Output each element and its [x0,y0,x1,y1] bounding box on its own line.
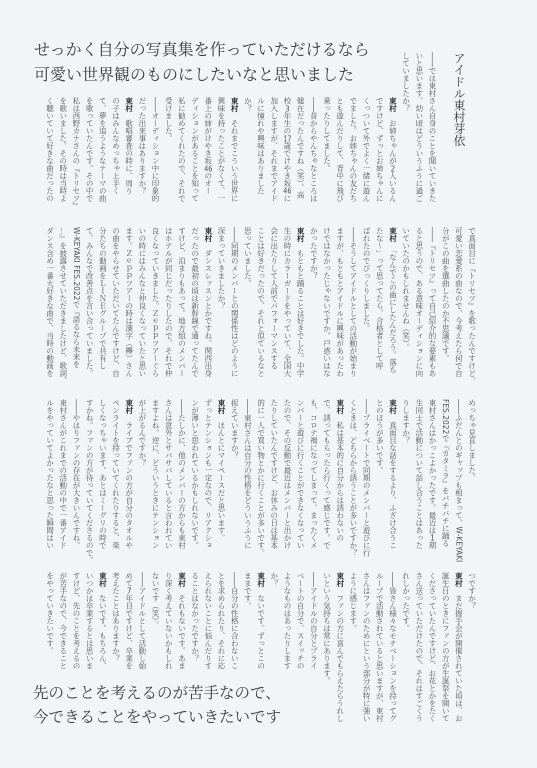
body-text: 分がこの曲を選曲したのか不思議です。 [441,227,450,362]
body-text: いという気持ちは常にあります。 [323,572,332,685]
body-text: り深く考えていないかもしれ [164,572,173,670]
text-column: 東村 ダンスレッスンとかですね。関西出身 [202,227,215,379]
text-column: たりしていたんですけど、お休みの日は基本 [268,399,281,551]
text-column: くときは、どちらから誘うことが多いですか？ [347,399,360,551]
text-column: く聴いていて好きな曲だったの [43,97,56,204]
body-text: 健在だったんですね（笑）。高 [296,97,305,198]
text-column: 興味を持ったことがなくて、一 [215,97,228,204]
article-band-1-body: 東村 お姉ちゃんが2人いるんですけど、ずっとお姉ちゃんにくっついて外でよく一緒に… [43,97,399,204]
question-text: ――では東村さん自身のことを聞いていきた [428,52,437,202]
body-text: で真面目に『トリセツ』を歌ったんですけど、 [468,227,477,385]
text-column: ように感じます。 [347,572,360,724]
body-text: ます。Ｚｅｐｐツアーの時は漢字（欅）さん [125,227,134,377]
question-text: ――同期のメンバーとの関係性はどのように [230,227,239,377]
body-text: の曲をやらせていただいてたんですけど、自 [112,227,121,377]
text-column: ますが、もともとアイドルに興味があったわ [334,227,347,379]
text-column: ――『トリセツ』って自己紹介的な要素もあ [426,227,439,379]
magazine-page: せっかく自分の写真集を作っていただけるなら 可愛い世界観のものにしたいなと思いま… [0,0,537,768]
body-text: すけど、先のことを考えるの [72,572,81,670]
body-text: 乗ったりしてました。 [322,97,331,172]
text-column: 乗ったりしてました。 [320,97,333,204]
text-column: も、コロナ禍になってしまって、まったくメ [307,399,320,551]
body-text: ベートの自分で、スイッチの [296,572,305,670]
body-text: く聴いていて好きな曲だったの [46,97,55,202]
text-column: 東村さんはかっこよかったです。最近は1期 [426,399,439,551]
body-text: ペンライトを持っていてくれたりすると、楽 [112,399,121,549]
text-column: ――プライベートで同期のメンバーと遊びに行 [360,399,373,551]
text-column: くっついて外でよく一緒に遊ん [360,97,373,204]
body-text: を歌いました。その時は当時よ [59,97,68,202]
speaker-label: 東村 [230,97,239,112]
text-column: していましたか？ [399,52,412,204]
body-text: ダンス含め一番大好きな曲で、当時の動画を [46,227,55,377]
body-text: 生同士で活動について話し合うことはあった [415,399,424,549]
body-text: が上がるんですか？ [138,399,147,467]
answer-text: お姉ちゃんが2人いるん [388,120,397,203]
text-column: 東村 まだ握手会が開催されていた頃は、お [452,572,465,724]
section-heading: アイドル東村芽依 [451,52,467,146]
text-column: ですけど、ずっとお姉ちゃんに [373,97,386,204]
body-text: ますが、もともとアイドルに興味があったわ [336,227,345,377]
text-column: さんは意外とサバサバしていると言われてい [162,399,175,551]
text-column: つですか？ [465,572,478,724]
text-column: ばれたのでびっくりしました。 [360,227,373,379]
body-text: 考えたことはありますか？ [112,572,121,662]
text-column: ンバーと遊びに行くことができなくなってい [294,399,307,551]
text-column: たので、その反動で最近はメンバーと出かけ [281,399,294,551]
body-text: 深まっていきましたか？ [217,227,226,310]
text-column: すかね。ファンの方が待っていてくださるので。 [83,399,96,551]
body-text: ですけど、ずっとお姉ちゃんに [375,97,384,202]
text-column: を歌っていたんです。その中で [83,97,96,204]
text-column: の子はみんなめっちゃ上手く [109,97,122,204]
speaker-label: 東村 [336,572,345,587]
body-text: たな～」って思ってたら、合格者として呼 [375,227,384,370]
body-text: ないです（笑）。 [151,572,160,628]
question-text: ――アイドルの自分とプライ [309,572,318,670]
text-column: りしますか？ [399,399,412,551]
text-column: ――皆さん様々なモチベーションを持ってグ [386,572,399,724]
body-text: くときは、どちらから誘うことが多いですか？ [349,399,358,557]
body-text: ンが薄いと思われているかもしれないです。 [191,399,200,549]
body-text: ループで活動されていると思いますが、東村 [375,572,384,722]
body-text: ままです。 [243,572,252,610]
text-column: 可愛い恋愛系の曲なので、今考えたら何で自 [452,227,465,379]
question-text: ――東村さんは自分の性格をどういうふうに [243,399,252,549]
text-column: 東村 私は基本的に自分からは誘わないの [334,399,347,551]
body-text: とも遊んだりして、背中に飛び [336,97,345,202]
answer-text: それもないです。あま [177,595,186,670]
text-column: ――アイドルの自分とプライ [307,572,320,724]
text-column: 東村 お姉ちゃんが2人いるん [386,97,399,204]
body-text: たりしていたんですけど、お休みの日は基本 [270,399,279,549]
body-text: が苦手なので、今できること [59,572,68,670]
speaker-label: 東村 [336,399,345,414]
pull-quote-line-1: 先のことを考えるのが苦手なので、 [33,681,281,705]
question-text: ――たしかに、他のメンバーの方からも東村 [177,399,186,549]
headline-line-2: 可愛い世界観のものにしたいなと思いました [34,62,370,87]
text-column: いの時にはみんなと仲良くなっていたと思い [136,227,149,379]
body-text: くださっていたんですけど、お花とかをたく [428,572,437,722]
text-column: ――東村さんは自分の性格をどういうふうに [241,399,254,551]
body-text: 番上の姉がけやき坂46のオー [204,97,213,195]
body-text: の子はみんなめっちゃ上手く [111,97,120,195]
body-text: 思っていました。 [243,227,252,287]
body-text: はホテルが同じだったりしたので、それで仲 [164,227,173,377]
text-column: ディションがあることを知って [188,97,201,204]
text-column: ダンス含め一番大好きな曲で、当時の動画を [43,227,56,379]
body-text: 校3年生の17歳でけやき坂46に [283,97,292,202]
text-column: ――そうしてアイドルとしての活動が始まり [347,227,360,379]
text-column: 東村 もともと踊ることは好きでした。中学 [294,227,307,379]
text-column: …』を披露させていただきましたけど、歌詞、 [57,227,70,379]
text-column: で、誘ってもらったら行くって感じです。で [320,399,333,551]
text-column: W-KEYAKI FES.2022で『語るなら未来を [70,227,83,379]
answer-text: ないです。もちろん、 [98,595,107,670]
pull-quote-line-2: 今できることをやっていきたいです [33,705,281,729]
article-band-1-lead: ――では東村さん自身のことを聞いていきたいと思います。幼い頃はどういうふうに過ご… [399,52,439,204]
text-column: とのほうが多いです。 [373,399,386,551]
answer-text: ファンの方に喜んでもらえたらうれし [336,595,345,723]
speaker-label: 東村 [388,399,397,414]
text-column: ことは好きだったので、それと似ているなと [254,227,267,379]
body-text: ように感じます。 [349,572,358,632]
speaker-label: 東村 [98,572,107,587]
body-text: ことは好きだったので、それと似ているなと [257,227,266,377]
body-text: だった出来事はありますか？ [138,97,147,195]
question-text: ――『トリセツ』って自己紹介的な要素もあ [428,227,437,377]
article-band-3: めっちゃ見直しました。――ふだんとのギャップも相まって、W-KEYAKIFES.… [43,399,479,551]
body-text: 受けました。 [164,97,173,142]
body-text: ずっとテンションも一定なので、リアクショ [204,399,213,549]
headline: せっかく自分の写真集を作っていただけるなら 可愛い世界観のものにしたいなと思いま… [34,37,370,87]
text-column: 捉えていますか？ [228,399,241,551]
text-column: 東村 真面目な話をするより、ふざけ合うこ [386,399,399,551]
body-text: めて7年目ですけど、卒業を [125,572,134,670]
body-text: りしますか？ [402,399,411,444]
text-column: れしかったです。 [399,572,412,724]
speaker-label: 東村 [388,97,397,112]
body-text: いと思います。幼い頃はどういうふうに過ご [415,52,424,202]
speaker-label: 東村 [217,399,226,414]
body-text: ンバーと遊びに行くことができなくなってい [296,399,305,549]
body-text: FES.2022で『カタミラ』をバチバチに踊る [441,399,450,547]
body-text: しくなっちゃいます。あとはミーグリの時で [98,399,107,549]
text-column: ――たしかに、他のメンバーの方からも東村 [175,399,188,551]
body-text: めっちゃ見直しました。 [468,399,477,482]
text-column: くださっていたんですけど、お花とかをたく [426,572,439,724]
body-text: 会に出たりして人前でパフォーマンスする [270,227,279,370]
body-text: 東村さんがこれまでの活動の中で一番アイド [59,399,68,549]
text-column: しくなっちゃいます。あとはミーグリの時で [96,399,109,551]
body-text: ディションがあることを知って [191,97,200,202]
text-column: ると思うので、ある意味オーディションに向 [413,227,426,379]
speaker-label: 東村 [204,227,213,242]
body-text: さんは意外とサバサバしていると言われてい [164,399,173,549]
body-text: けではなかったじゃないですか。戸惑いはな [323,227,332,377]
text-column: はホテルが同じだったりしたので、それで仲 [162,227,175,379]
text-column: ――ふだんとのギャップも相まって、W-KEYAKI [452,399,465,551]
body-text: て、夢を追うようなテーマの曲 [98,97,107,202]
text-column: とも遊んだりして、背中に飛び [333,97,346,204]
question-text: ――プライベートで同期のメンバーと遊びに行 [362,399,371,557]
text-column: ――では東村さん自身のことを聞いていきた [426,52,439,204]
text-column: 的に一人で買い物とかに行くことが多いです。 [254,399,267,551]
text-column: 思っていました。 [241,227,254,379]
text-column: 東村 ライブでファンの方が自分のタオルや [123,399,136,551]
body-text: 可愛い恋愛系の曲なので、今考えたら何で自 [454,227,463,377]
body-text: とのほうが多いです。 [375,399,384,474]
body-text: をやっていきたいです。 [46,572,55,655]
body-text: ると思うので、ある意味オーディションに向 [415,227,424,377]
question-text: ――アイドルとして活動し始 [138,572,147,670]
body-text: とを求められたり、それに応 [217,572,226,670]
body-text: いの時にはみんなと仲良くなっていたと思い [138,227,147,377]
body-text: ばれたのでびっくりしました。 [362,227,371,332]
text-column: 東村 それまでこういう世界に [228,97,241,204]
body-text: 興味を持ったことがなくて、一 [217,97,226,202]
body-text: だったので最初の頃は新幹線で通ってたんで [191,227,200,377]
body-text: ますよね。逆に、どういうときにテンション [151,399,160,549]
question-text: ――やはりファンの存在が大きいんですね。 [72,399,81,549]
body-text: たので、その反動で最近はメンバーと出かけ [283,399,292,549]
body-text: ルをやっていてよかったなと思った瞬間はい [46,399,55,549]
text-column: いと思います。幼い頃はどういうふうに過ご [413,52,426,204]
body-text: さん送っていただけたので、それはすごくう [415,572,424,722]
text-column: ンが薄いと思われているかもしれないです。 [188,399,201,551]
text-column: 東村 歌唱審査の時に、周り [122,97,135,204]
body-text: ルに憧れや興味はありました [257,97,266,195]
text-column: けではなかったじゃないですか。戸惑いはな [320,227,333,379]
text-column: 生の時にカラーガードをやっていて、全国大 [281,227,294,379]
text-column: 受けました。 [162,97,175,204]
body-text: か？ [270,572,279,587]
text-column: だった出来事はありますか？ [136,97,149,204]
pull-quote: 先のことを考えるのが苦手なので、 今できることをやっていきたいです [33,681,281,729]
body-text: 私は西野カナさんの『トリセツ』 [72,97,81,210]
text-column: 校3年生の17歳でけやき坂46に [281,97,294,204]
text-column: 良くなっていきました。Ｚｅｐｐツアーぐら [149,227,162,379]
answer-text: まだ握手会が開催されていた頃は、お [454,595,463,723]
body-text: も、コロナ禍になってしまって、まったくメ [309,399,318,549]
text-column: 分たちの動画をＬＩＮＥグループで共有し [96,227,109,379]
question-text: ――皆さん様々なモチベーションを持ってグ [388,572,397,722]
text-column: か？ [241,97,254,204]
question-text: ――そうしてアイドルとしての活動が始まり [349,227,358,377]
text-column: 東村 ほんとにマイペースだと思います。 [215,399,228,551]
text-column: 番上の姉がけやき坂46のオー [202,97,215,204]
text-column: 会に出たりして人前でパフォーマンスする [268,227,281,379]
text-column: かったですか？ [307,227,320,379]
text-column: 生同士で活動について話し合うことはあった [413,399,426,551]
body-text: 誕生日のときにファンの方が生誕祭を開いて [441,572,450,722]
text-column: ルに憧れや興味はありました [254,97,267,204]
body-text: 良くなっていきました。Ｚｅｐｐツアーぐら [151,227,160,377]
text-column: FES.2022で『カタミラ』をバチバチに踊る [439,399,452,551]
text-column: ループで活動されていると思いますが、東村 [373,572,386,724]
question-text: ――自分の性格に合わないこ [230,572,239,670]
body-text: 捉えていますか？ [230,399,239,459]
text-column: ようなものはあったりします [281,572,294,724]
text-column: て、みんなで改善点を言い合っていました。 [83,227,96,379]
answer-text: 真面目な話をするより、ふざけ合うこ [388,422,397,550]
body-text: 分たちの動画をＬＩＮＥグループで共有し [98,227,107,370]
answer-text: ほんとにマイペースだと思います。 [217,422,226,542]
text-column: ルをやっていてよかったなと思った瞬間はい [43,399,56,551]
text-column: いていたのかもしれませんね（笑）。 [399,227,412,379]
body-text: すかね。ファンの方が待っていてくださるので。 [85,399,94,564]
body-text: 生の時にカラーガードをやっていて、全国大 [283,227,292,377]
speaker-label: 東村 [257,572,266,587]
answer-text: ライブでファンの方が自分のタオルや [125,422,134,550]
body-text: W-KEYAKI FES.2022で『語るなら未来を [72,227,81,368]
body-text: 加入しますが、それまでアイド [270,97,279,202]
text-column: 東村 ファンの方に喜んでもらえたらうれし [334,572,347,724]
body-text: て、みんなで改善点を言い合っていました。 [85,227,94,377]
text-column: ます。Ｚｅｐｐツアーの時は漢字（欅）さん [123,227,136,379]
text-column: ――昔からやんちゃなところは [307,97,320,204]
body-text: か？ [243,97,252,112]
text-column: ――オーディション中に印象的 [149,97,162,204]
speaker-label: 東村 [177,572,186,587]
question-text: ――ふだんとのギャップも相まって、W-KEYAKI [454,399,463,562]
question-text: ――オーディション中に印象的 [151,97,160,202]
body-text: さんはファンのためにという部分が特に強い [362,572,371,722]
body-text: かったですか？ [309,227,318,280]
speaker-label: 東村 [388,227,397,242]
text-column: さん送っていただけたので、それはすごくう [413,572,426,724]
body-text: でました。お姉ちゃんの友だち [349,97,358,202]
text-column: たな～」って思ってたら、合格者として呼 [373,227,386,379]
article-band-2: で真面目に『トリセツ』を歌ったんですけど、可愛い恋愛系の曲なので、今考えたら何で… [43,227,479,379]
text-column: の曲をやらせていただいてたんですけど、自 [109,227,122,379]
text-column: を歌いました。その時は当時よ [57,97,70,204]
body-text: …』を披露させていただきましたけど、歌詞、 [59,227,68,385]
text-column: さんはファンのためにという部分が特に強い [360,572,373,724]
text-column: ベートの自分で、スイッチの [294,572,307,724]
body-text: いつかは卒業するとは思いま [85,572,94,670]
text-column: ――同期のメンバーとの関係性はどのように [228,227,241,379]
speaker-label: 東村 [296,227,305,242]
text-column: いという気持ちは常にあります。 [320,572,333,724]
text-column: 深まっていきましたか？ [215,227,228,379]
text-column: だったので最初の頃は新幹線で通ってたんで [188,227,201,379]
text-column: でました。お姉ちゃんの友だち [347,97,360,204]
body-text: 私に勧めてくれたので、それで [177,97,186,202]
answer-text: ないです。ずっとこの [257,595,266,670]
text-column: ずっとテンションも一定なので、リアクショ [202,399,215,551]
speaker-label: 東村 [125,97,134,112]
body-text: れしかったです。 [402,572,411,632]
text-column: 分がこの曲を選曲したのか不思議です。 [439,227,452,379]
answer-text: ダンスレッスンとかですね。関西出身 [204,250,213,378]
body-text: 東村さんはかっこよかったです。最近は1期 [428,399,437,549]
question-text: ――昔からやんちゃなところは [309,97,318,202]
body-text: を歌っていたんです。その中で [85,97,94,202]
answer-text: 歌唱審査の時に、周り [125,120,134,195]
speaker-label: 東村 [454,572,463,587]
body-text: ようなものはあったりします [283,572,292,670]
answer-text: 「なんでこの曲にしたんだろう。落ち [388,250,397,374]
text-column: ペンライトを持っていてくれたりすると、楽 [109,399,122,551]
text-column: で真面目に『トリセツ』を歌ったんですけど、 [465,227,478,379]
text-column: ――やはりファンの存在が大きいんですね。 [70,399,83,551]
body-text: つですか？ [468,572,477,610]
text-column: 私は西野カナさんの『トリセツ』 [70,97,83,204]
body-text: で、誘ってもらったら行くって感じです。で [323,399,332,549]
body-text: いていたのかもしれませんね（笑）。 [402,227,411,351]
headline-line-1: せっかく自分の写真集を作っていただけるなら [34,37,370,62]
text-column: 誕生日のときにファンの方が生誕祭を開いて [439,572,452,724]
text-column: 東村さんがこれまでの活動の中で一番アイド [57,399,70,551]
text-column: ますよね。逆に、どういうときにテンション [149,399,162,551]
text-column: て、夢を追うようなテーマの曲 [96,97,109,204]
body-text: ることはなかったですか？ [191,572,200,662]
answer-text: もともと踊ることは好きでした。中学 [296,250,305,378]
text-column: めっちゃ見直しました。 [465,399,478,551]
text-column: すけど、泊まりもあって。地方組のメンバー [175,227,188,379]
text-column: 私に勧めてくれたので、それで [175,97,188,204]
body-text: 的に一人で買い物とかに行くことが多いです。 [257,399,266,557]
body-text: していましたか？ [402,52,411,112]
body-text: すけど、泊まりもあって。地方組のメンバー [177,227,186,377]
text-column: 加入しますが、それまでアイド [268,97,281,204]
body-text: えられないことに悩んだりす [204,572,213,670]
speaker-label: 東村 [125,399,134,414]
body-text: くっついて外でよく一緒に遊ん [362,97,371,202]
answer-text: それまでこういう世界に [230,120,239,203]
answer-text: 私は基本的に自分からは誘わないの [336,422,345,542]
text-column: が上がるんですか？ [136,399,149,551]
text-column: 健在だったんですね（笑）。高 [294,97,307,204]
text-column: 東村 「なんでこの曲にしたんだろう。落ち [386,227,399,379]
